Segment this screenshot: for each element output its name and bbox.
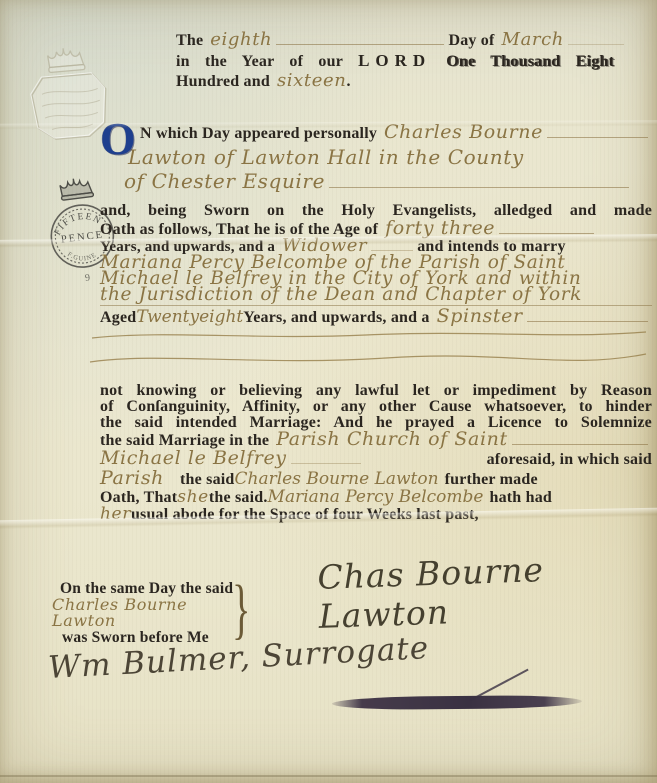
header-day-script: eighth — [210, 30, 272, 50]
dropcap-O: O — [100, 117, 136, 161]
she-script: she — [177, 489, 209, 506]
header-date-block: The eighth Day of March in the Year of o… — [176, 30, 628, 91]
paper-bottom-edge — [0, 775, 657, 777]
declaration-line8-printed: usual abode for the Space of four Weeks … — [131, 506, 479, 523]
deponent-signature: Chas Bourne Lawton — [317, 546, 657, 636]
appearance-paragraph: O N which Day appeared personally Charle… — [100, 121, 652, 194]
blank-space-strike-lines — [86, 326, 652, 374]
fill-line — [527, 321, 648, 322]
declaration-line7-printed-c: hath had — [489, 489, 552, 506]
header-year-script: sixteen — [277, 71, 346, 90]
declaration-line1: not knowing or believing any lawful let … — [100, 383, 652, 399]
her-script: her — [100, 506, 131, 523]
header-hundred-and: Hundred and — [176, 72, 270, 91]
fill-line — [499, 233, 594, 234]
aged-printed: Aged — [100, 309, 136, 327]
crown-icon — [59, 177, 93, 201]
fill-line — [568, 44, 624, 45]
bride-script: Mariana Percy Belcombe — [268, 489, 484, 506]
stamp-bottom-arc-text: F.GUINE — [65, 248, 98, 265]
ink-flourish — [332, 695, 582, 711]
declaration-line2: of Conſanguinity, Affinity, or any other… — [100, 399, 652, 415]
oath-line1: and, being Sworn on the Holy Evangelists… — [100, 202, 652, 220]
aged-printed-b: Years, and upwards, and a — [243, 309, 429, 327]
parish-script: Parish — [100, 469, 164, 487]
groom-name-script: Charles Bourne — [384, 121, 543, 143]
attestation-block: On the same Day the said Charles Bourne … — [52, 580, 237, 646]
groom-age-script: forty three — [385, 220, 495, 237]
fill-line — [547, 137, 648, 138]
fill-line — [291, 463, 361, 464]
header-day-of: Day of — [448, 31, 494, 51]
church-script: Parish Church of Saint — [276, 431, 507, 448]
form-rule — [100, 305, 652, 306]
bride-condition-script: Spinster — [437, 307, 523, 325]
oath-paragraph: and, being Sworn on the Holy Evangelists… — [100, 202, 652, 327]
header-the: The — [176, 31, 203, 51]
appearance-line2-script: Lawton of Lawton Hall in the County — [128, 145, 524, 169]
declaration-line5-printed: aforesaid, in which said — [487, 450, 652, 469]
header-period: . — [346, 72, 350, 91]
attestation-name-script: Charles Bourne Lawton — [52, 597, 237, 629]
stamp-number: 9 — [84, 272, 90, 284]
declaration-paragraph: not knowing or believing any lawful let … — [100, 383, 652, 523]
header-year-a: in the Year of our — [176, 53, 343, 70]
fill-line — [512, 444, 648, 445]
appearance-line3-script: of Chester Esquire — [124, 169, 325, 194]
attestation-brace: } — [232, 570, 250, 648]
bride-age-script: Twentyeight — [136, 308, 243, 326]
fill-line — [329, 187, 629, 188]
fill-line — [276, 44, 444, 45]
appearance-intro: N which Day appeared personally — [140, 123, 377, 145]
fill-line — [371, 250, 413, 251]
header-year-b: One Thousand Eight — [446, 53, 614, 70]
church-script2: Michael le Belfrey — [100, 449, 287, 468]
header-month-script: March — [502, 30, 564, 50]
header-lord: LORD — [358, 51, 431, 70]
document-paper: FIFTEEN PENCE F.GUINE 9 The eighth Day o… — [0, 0, 657, 783]
stamp-center-text: PENCE — [60, 229, 104, 245]
declaration-line7-printed-b: the said. — [209, 489, 268, 506]
bride-line3-script: the Jurisdiction of the Dean and Chapter… — [100, 284, 582, 305]
groom-script: Charles Bourne Lawton — [235, 470, 439, 488]
svg-text:F.GUINE: F.GUINE — [65, 248, 98, 265]
